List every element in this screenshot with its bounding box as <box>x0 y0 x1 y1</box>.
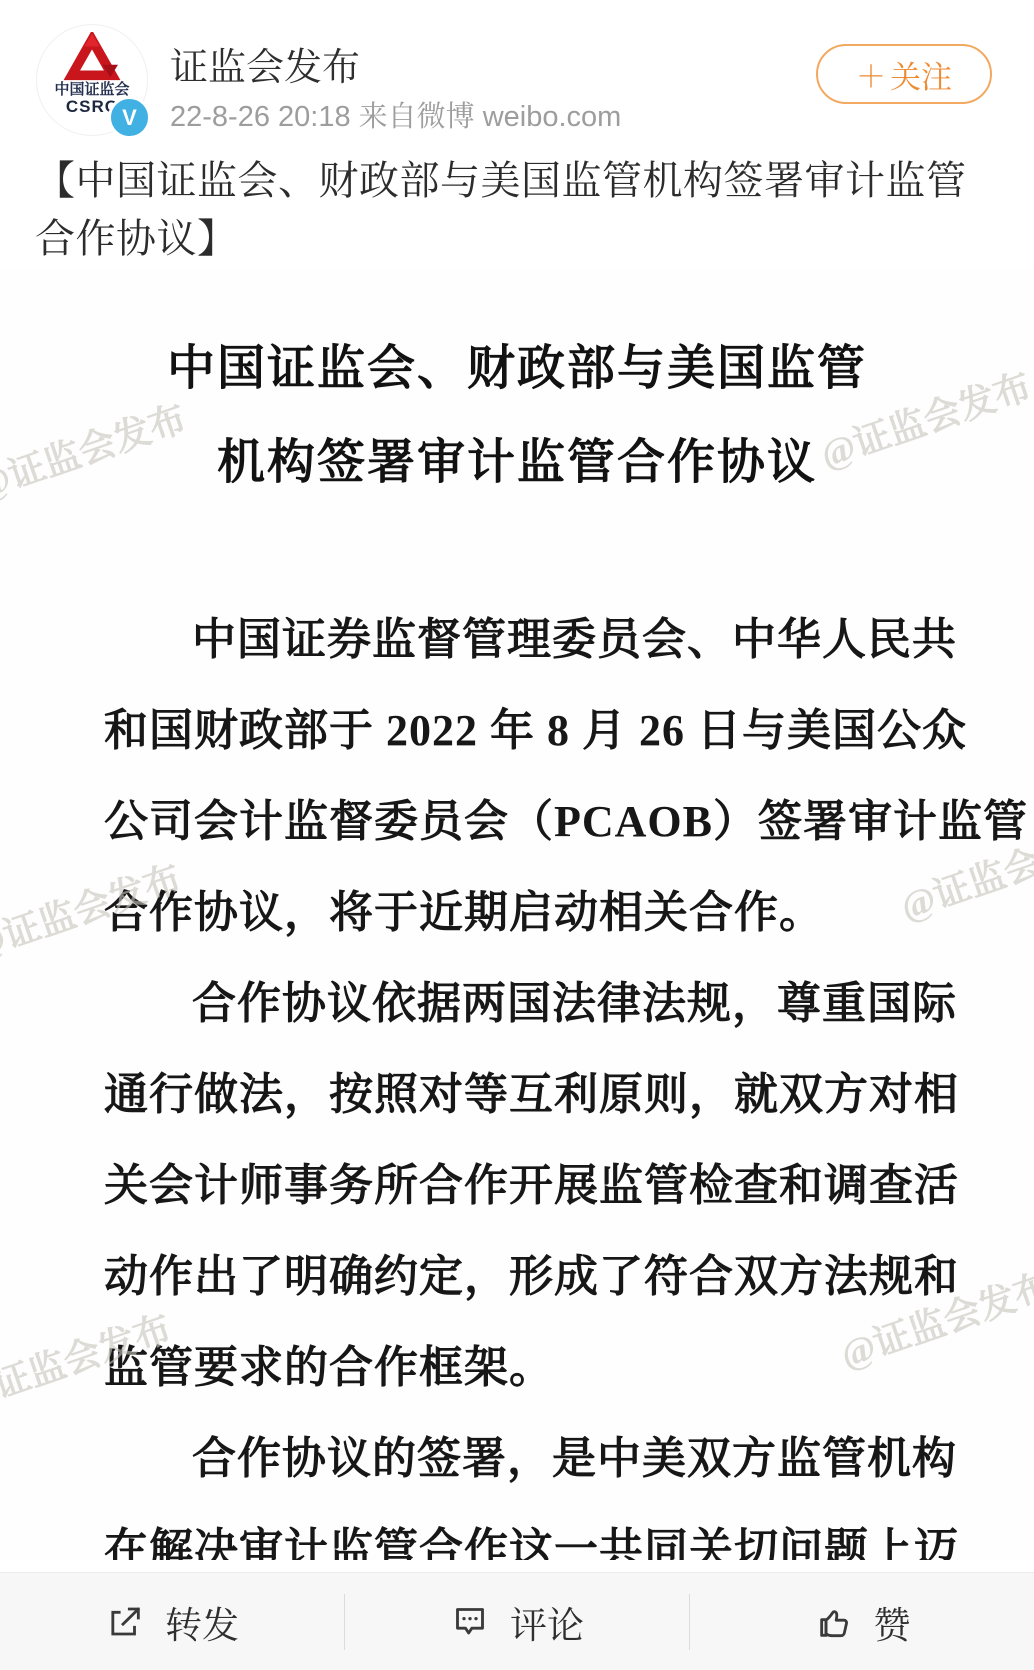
article-line: 监管要求的合作框架。 <box>104 1322 974 1413</box>
article-line: 合作协议，将于近期启动相关合作。 <box>104 867 974 958</box>
article-line: 在解决审计监管合作这一共同关切问题上迈 <box>104 1504 974 1560</box>
article-line: 中国证券监督管理委员会、中华人民共 <box>104 594 974 685</box>
comment-icon <box>450 1602 490 1642</box>
avatar-org-name: 中国证监会 <box>54 82 129 98</box>
article-title-line: 机构签署审计监管合作协议 <box>0 416 1034 510</box>
username[interactable]: 证监会发布 <box>170 36 360 91</box>
post-header: 中国证监会 CSRC V 证监会发布 22-8-26 20:18 来自微博 we… <box>36 24 998 142</box>
repost-button[interactable]: 转发 <box>0 1573 344 1670</box>
article-line: 通行做法，按照对等互利原则，就双方对相 <box>104 1049 974 1140</box>
like-label: 赞 <box>874 1595 911 1649</box>
article-image[interactable]: 中国证监会、财政部与美国监管 机构签署审计监管合作协议 中国证券监督管理委员会、… <box>0 270 1034 1560</box>
post-text-line: 合作协议】 <box>35 210 967 268</box>
article-line: 和国财政部于 2022 年 8 月 26 日与美国公众 <box>104 685 974 776</box>
post-text-line: 【中国证监会、财政部与美国监管机构签署审计监管 <box>35 152 967 210</box>
plus-icon: ＋ <box>856 52 886 96</box>
article-line: 动作出了明确约定，形成了符合双方法规和 <box>104 1231 974 1322</box>
article-body: 中国证券监督管理委员会、中华人民共和国财政部于 2022 年 8 月 26 日与… <box>0 594 1034 1560</box>
article-title: 中国证监会、财政部与美国监管 机构签署审计监管合作协议 <box>0 322 1034 510</box>
like-icon <box>814 1602 854 1642</box>
like-button[interactable]: 赞 <box>690 1573 1034 1670</box>
timestamp-text: 22-8-26 20:18 <box>170 101 351 133</box>
article-line: 公司会计监督委员会（PCAOB）签署审计监管 <box>104 776 974 867</box>
repost-label: 转发 <box>165 1595 239 1649</box>
repost-icon <box>105 1602 145 1642</box>
avatar[interactable]: 中国证监会 CSRC V <box>36 24 148 136</box>
weibo-post-page: 中国证监会 CSRC V 证监会发布 22-8-26 20:18 来自微博 we… <box>0 0 1034 1670</box>
verified-badge-icon: V <box>108 96 151 139</box>
article-line: 合作协议依据两国法律法规，尊重国际 <box>104 958 974 1049</box>
follow-button[interactable]: ＋ 关注 <box>816 44 992 104</box>
source-text: 来自微博 weibo.com <box>359 101 622 133</box>
action-bar: 转发 评论 赞 <box>0 1572 1034 1670</box>
comment-label: 评论 <box>510 1595 584 1649</box>
article-line: 关会计师事务所合作开展监管检查和调查活 <box>104 1140 974 1231</box>
post-timestamp: 22-8-26 20:18 来自微博 weibo.com <box>170 94 621 135</box>
csrc-logo-icon <box>63 32 121 82</box>
comment-button[interactable]: 评论 <box>345 1573 689 1670</box>
article-title-line: 中国证监会、财政部与美国监管 <box>0 322 1034 416</box>
article-line: 合作协议的签署，是中美双方监管机构 <box>104 1413 974 1504</box>
post-text: 【中国证监会、财政部与美国监管机构签署审计监管 合作协议】 <box>35 152 967 268</box>
follow-button-label: 关注 <box>890 52 952 97</box>
